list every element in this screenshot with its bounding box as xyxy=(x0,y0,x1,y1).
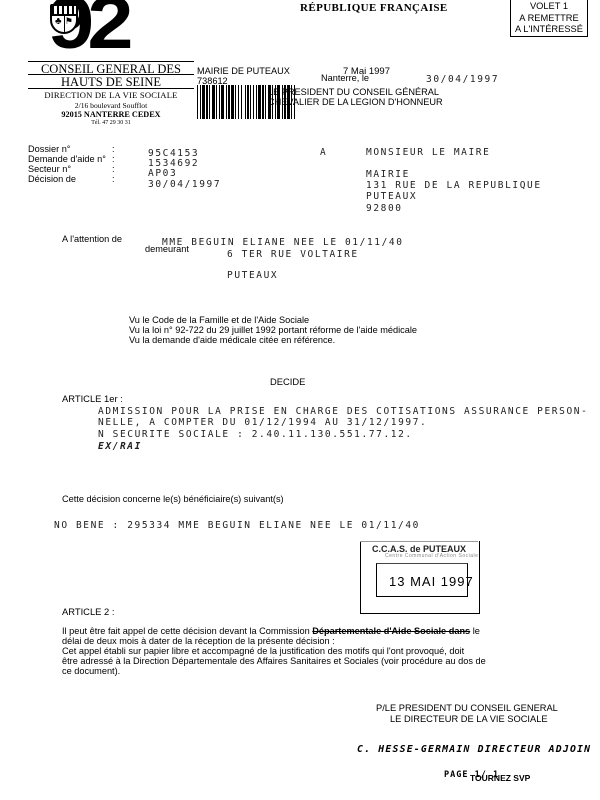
signatory-name: C. HESSE-GERMAIN DIRECTEUR ADJOIN xyxy=(357,744,591,755)
attention-label: A l'attention de xyxy=(62,234,122,244)
beneficiary-line: NO BENE : 295334 MME BEGUIN ELIANE NEE L… xyxy=(54,520,420,531)
volet-line: A L'INTÉRESSÉ xyxy=(511,24,587,36)
org-direction: DIRECTION DE LA VIE SOCIALE xyxy=(28,90,194,100)
ref-label: Dossier n° xyxy=(28,144,70,154)
recipient-line: 92800 xyxy=(366,203,403,214)
beneficiaries-intro: Cette décision concerne le(s) bénéficiai… xyxy=(62,494,284,504)
ref-label: Décision de xyxy=(28,174,76,184)
recipient-line: PUTEAUX xyxy=(366,191,417,202)
recipient-line: 131 RUE DE LA REPUBLIQUE xyxy=(366,180,542,191)
signature-line2: LE DIRECTEUR DE LA VIE SOCIALE xyxy=(390,714,548,724)
ref-colon: : xyxy=(112,164,115,174)
org-phone: Tél. 47 29 30 31 xyxy=(28,120,194,126)
divider xyxy=(28,88,194,89)
article1-line: NELLE, A COMPTER DU 01/12/1994 AU 31/12/… xyxy=(98,417,427,428)
struck-text: Départementale d'Aide Sociale dans xyxy=(312,626,470,636)
stamp-date: 13 MAI 1997 xyxy=(389,574,474,589)
issuer-line2: CHEVALIER DE LA LEGION D'HONNEUR xyxy=(268,97,443,107)
stamp-border xyxy=(360,541,478,542)
article1-line: ADMISSION POUR LA PRISE EN CHARGE DES CO… xyxy=(98,406,588,417)
consideration: Vu le Code de la Famille et de l'Aide So… xyxy=(129,315,309,325)
ref-colon: : xyxy=(112,154,115,164)
ref-label: Secteur n° xyxy=(28,164,71,174)
volet-line: VOLET 1 xyxy=(511,1,587,13)
document-date: 30/04/1997 xyxy=(426,74,499,85)
article1-title: ARTICLE 1er : xyxy=(62,393,123,404)
text: le xyxy=(470,626,480,636)
volet-box: VOLET 1 A REMETTRE A L'INTÉRESSÉ xyxy=(510,0,588,37)
recipient-prefix: A xyxy=(320,147,327,158)
attention-person: MME BEGUIN ELIANE NEE LE 01/11/40 xyxy=(162,237,404,248)
article1-line: EX/RAI xyxy=(98,441,142,452)
decide-heading: DECIDE xyxy=(270,376,305,387)
attention-city: PUTEAUX xyxy=(227,270,278,281)
signature-line1: P/LE PRESIDENT DU CONSEIL GENERAL xyxy=(376,703,558,713)
volet-line: A REMETTRE xyxy=(511,13,587,25)
article2-para2-line: être adressé à la Direction Départementa… xyxy=(62,656,486,666)
ref-colon: : xyxy=(112,174,115,184)
recipient-name: MONSIEUR LE MAIRE xyxy=(366,147,490,158)
ref-colon: : xyxy=(112,144,115,154)
org-city: 92015 NANTERRE CEDEX xyxy=(28,110,194,119)
consideration: Vu la loi n° 92-722 du 29 juillet 1992 p… xyxy=(129,325,417,335)
ref-value: 30/04/1997 xyxy=(148,179,221,190)
republique-heading: RÉPUBLIQUE FRANÇAISE xyxy=(300,2,448,14)
article2-para1: Il peut être fait appel de cette décisio… xyxy=(62,626,480,636)
article2-para1-line2: délai de deux mois à dater de la récepti… xyxy=(62,636,335,646)
coat-of-arms-icon: ♣ ⚑ xyxy=(50,4,78,34)
turn-over-note: TOURNEZ SVP xyxy=(470,773,530,783)
consideration: Vu la demande d'aide médicale citée en r… xyxy=(129,335,335,345)
article2-title: ARTICLE 2 : xyxy=(62,606,114,617)
ref-value: AP03 xyxy=(148,168,177,179)
stamp-subtitle: Centre Communal d'Action Sociale xyxy=(385,553,478,559)
ref-label: Demande d'aide n° xyxy=(28,154,106,164)
article1-line: N SECURITE SOCIALE : 2.40.11.130.551.77.… xyxy=(98,429,413,440)
recipient-line: MAIRIE xyxy=(366,169,410,180)
place-label: Nanterre, le xyxy=(321,73,369,83)
text: Il peut être fait appel de cette décisio… xyxy=(62,626,312,636)
demeurant-label: demeurant xyxy=(145,244,189,254)
issuer-line1: LE PRESIDENT DU CONSEIL GÉNÉRAL xyxy=(268,87,439,97)
org-address: 2/16 boulevard Soufflot xyxy=(28,101,194,110)
reception-mairie: MAIRIE DE PUTEAUX xyxy=(197,66,290,76)
article2-para2-line: Cet appel établi sur papier libre et acc… xyxy=(62,646,464,656)
attention-street: 6 TER RUE VOLTAIRE xyxy=(227,249,359,260)
article2-para2-line: ce document). xyxy=(62,666,120,676)
